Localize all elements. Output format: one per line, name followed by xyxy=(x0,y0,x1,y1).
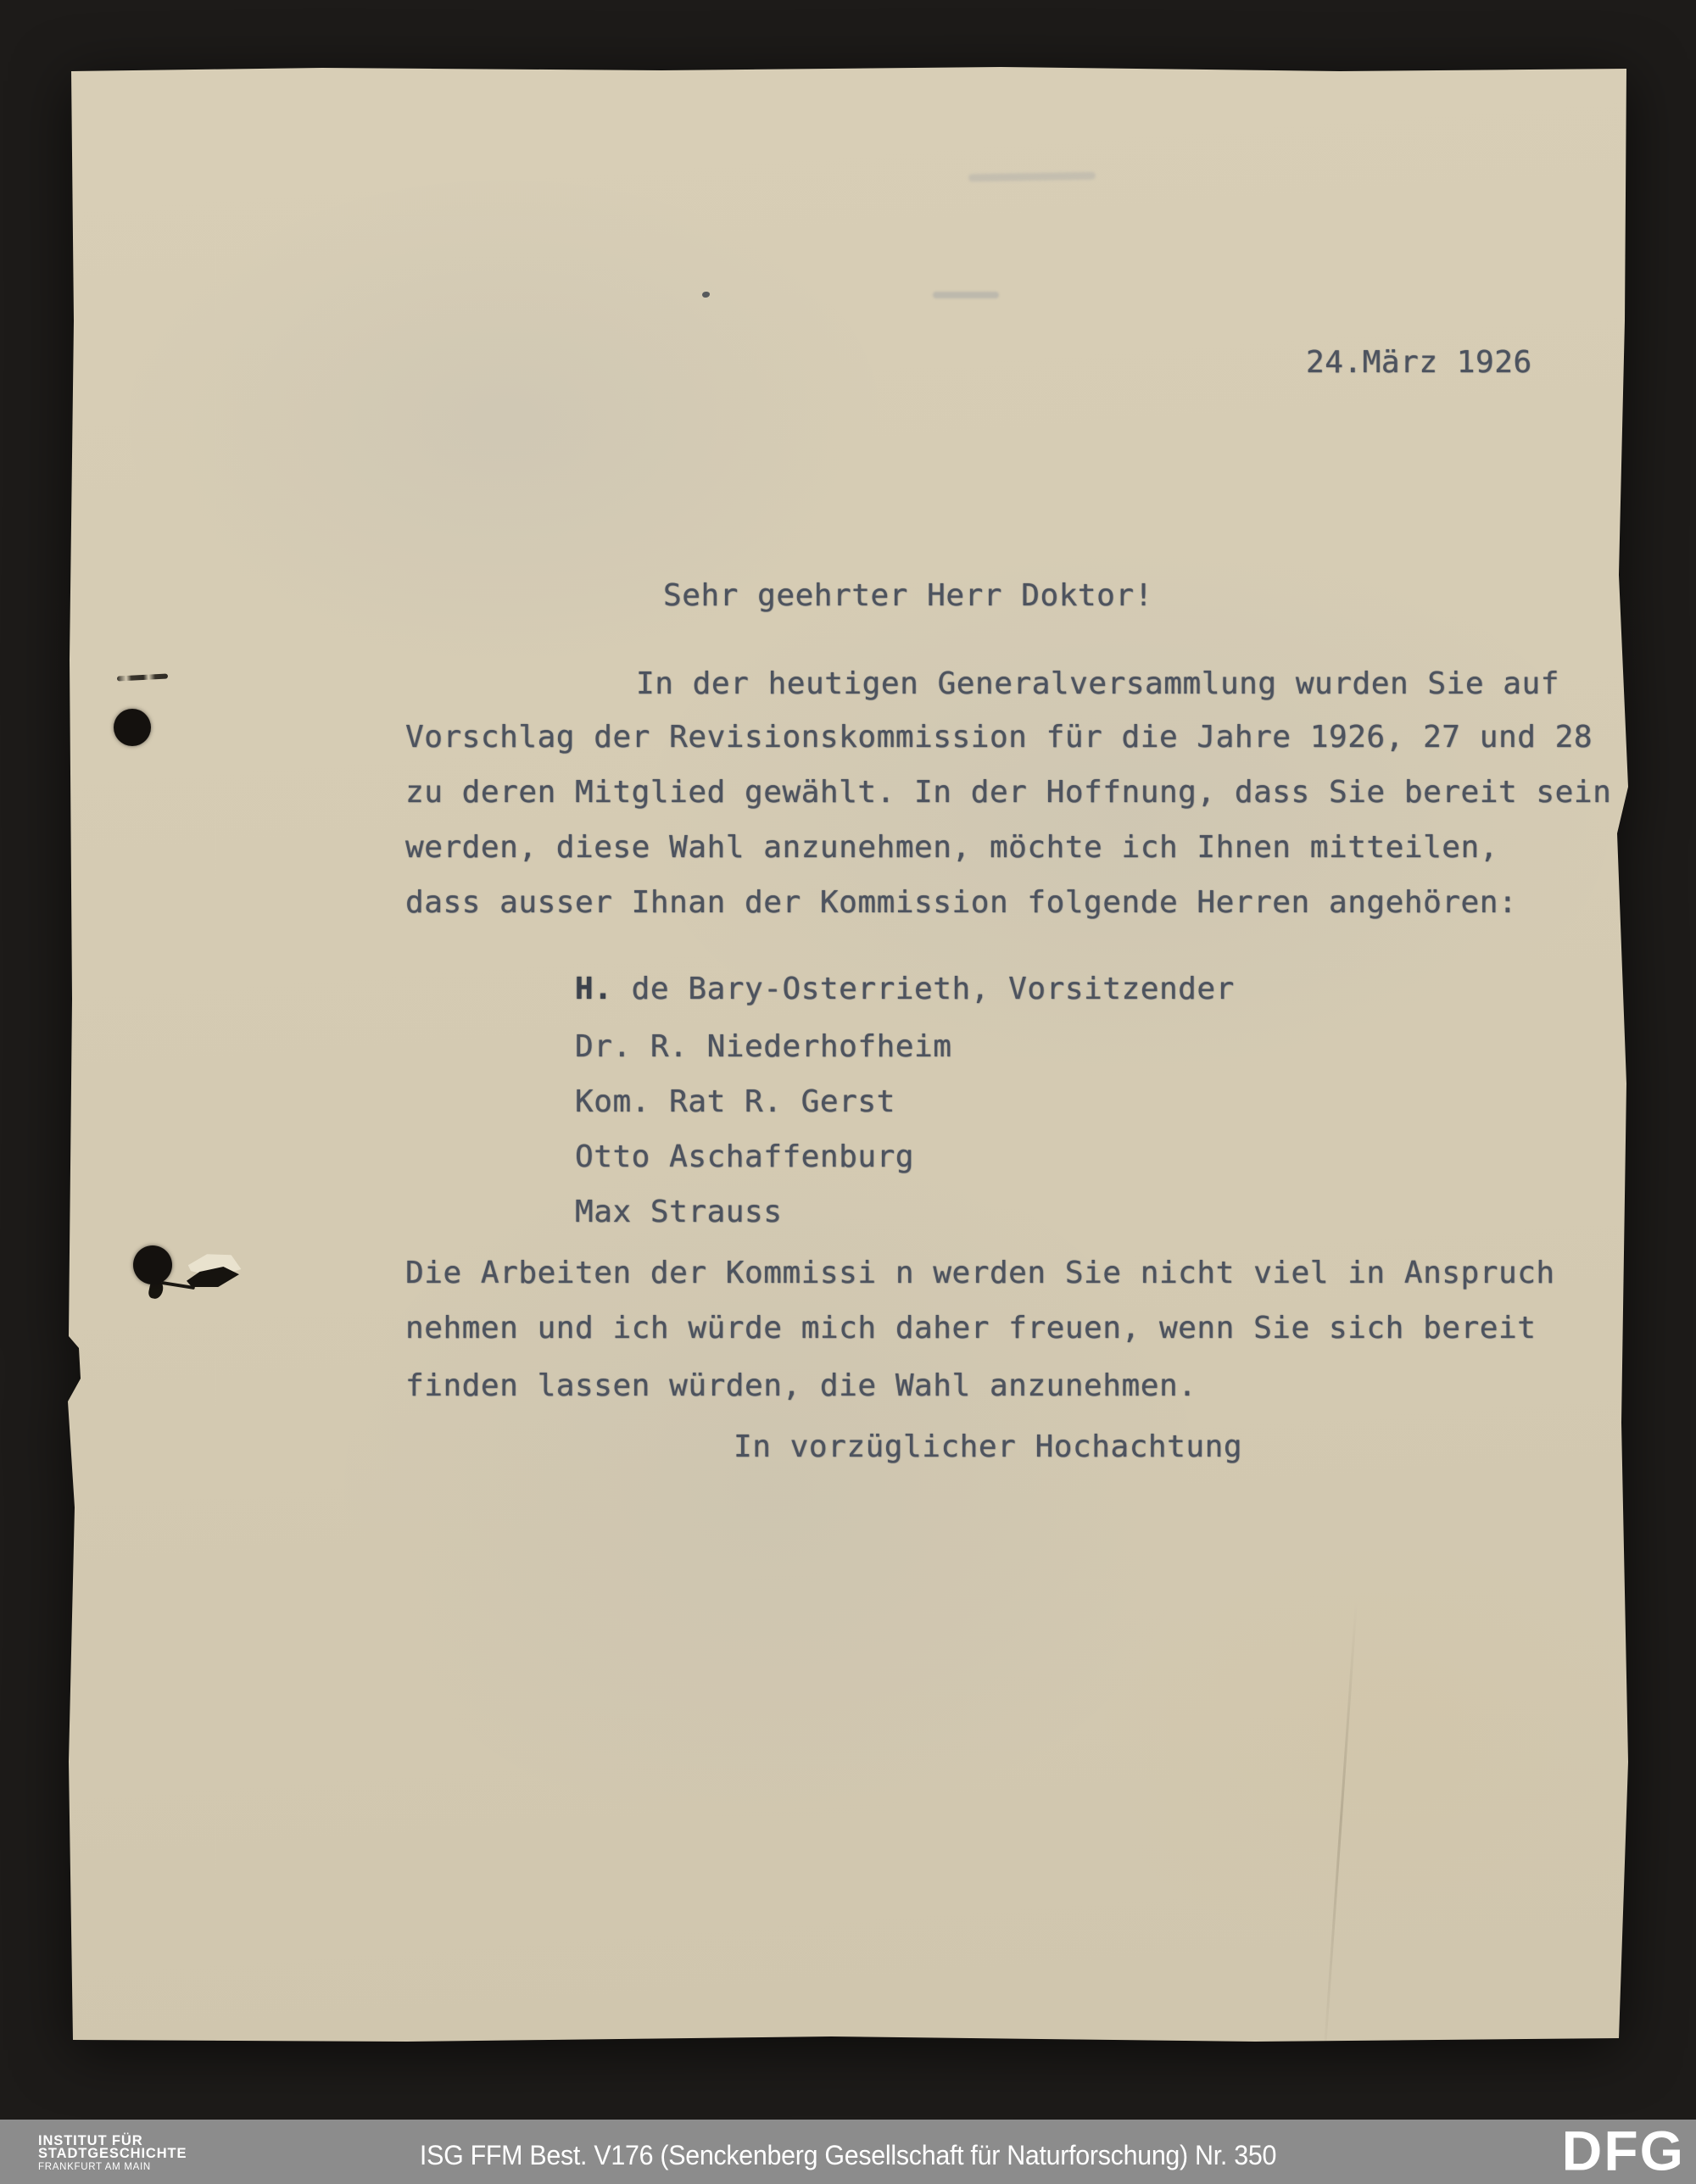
member-name: Otto Aschaffenburg xyxy=(575,1139,914,1176)
page-background: 24.März 1926 Sehr geehrter Herr Doktor! … xyxy=(0,0,1696,2184)
ink-smudge-2 xyxy=(968,172,1096,182)
punch-hole-top xyxy=(114,709,151,746)
archive-footer-bar: INSTITUT FÜR STADTGESCHICHTE FRANKFURT A… xyxy=(0,2120,1696,2184)
ink-speck xyxy=(702,292,710,298)
member-name: H. de Bary-Osterrieth, Vorsitzender xyxy=(575,971,1235,1008)
letter-page: 24.März 1926 Sehr geehrter Herr Doktor! … xyxy=(68,66,1628,2042)
paper-crease xyxy=(1321,1602,1358,2084)
institute-logo: INSTITUT FÜR STADTGESCHICHTE FRANKFURT A… xyxy=(38,2135,187,2173)
paper-scratch xyxy=(117,673,168,681)
letter-line: In der heutigen Generalversammlung wurde… xyxy=(636,666,1559,703)
letter-line: Vorschlag der Revisionskommission für di… xyxy=(405,719,1593,756)
member-name: Max Strauss xyxy=(575,1194,782,1231)
letter-line: finden lassen würden, die Wahl anzunehme… xyxy=(405,1368,1197,1405)
institute-logo-line-2: STADTGESCHICHTE xyxy=(38,2148,187,2160)
letter-line: Die Arbeiten der Kommissi n werden Sie n… xyxy=(405,1255,1555,1292)
archive-reference: ISG FFM Best. V176 (Senckenberg Gesellsc… xyxy=(420,2142,1276,2169)
letter-line: werden, diese Wahl anzunehmen, möchte ic… xyxy=(405,829,1498,866)
punch-hole-bottom xyxy=(133,1245,172,1284)
letter-line: dass ausser Ihnan der Kommission folgend… xyxy=(405,884,1517,922)
letter-date: 24.März 1926 xyxy=(1306,344,1532,382)
ink-smudge-1 xyxy=(933,292,999,298)
member-name: Dr. R. Niederhofheim xyxy=(575,1028,951,1066)
dfg-logo: DFG xyxy=(1562,2123,1685,2179)
letter-salutation: Sehr geehrter Herr Doktor! xyxy=(663,577,1153,615)
letter-line: nehmen und ich würde mich daher freuen, … xyxy=(405,1310,1536,1347)
letter-line: zu deren Mitglied gewählt. In der Hoffnu… xyxy=(405,774,1611,811)
institute-logo-line-3: FRANKFURT AM MAIN xyxy=(38,2162,187,2173)
member-name: Kom. Rat R. Gerst xyxy=(575,1084,895,1121)
letter-closing: In vorzüglicher Hochachtung xyxy=(734,1429,1242,1466)
